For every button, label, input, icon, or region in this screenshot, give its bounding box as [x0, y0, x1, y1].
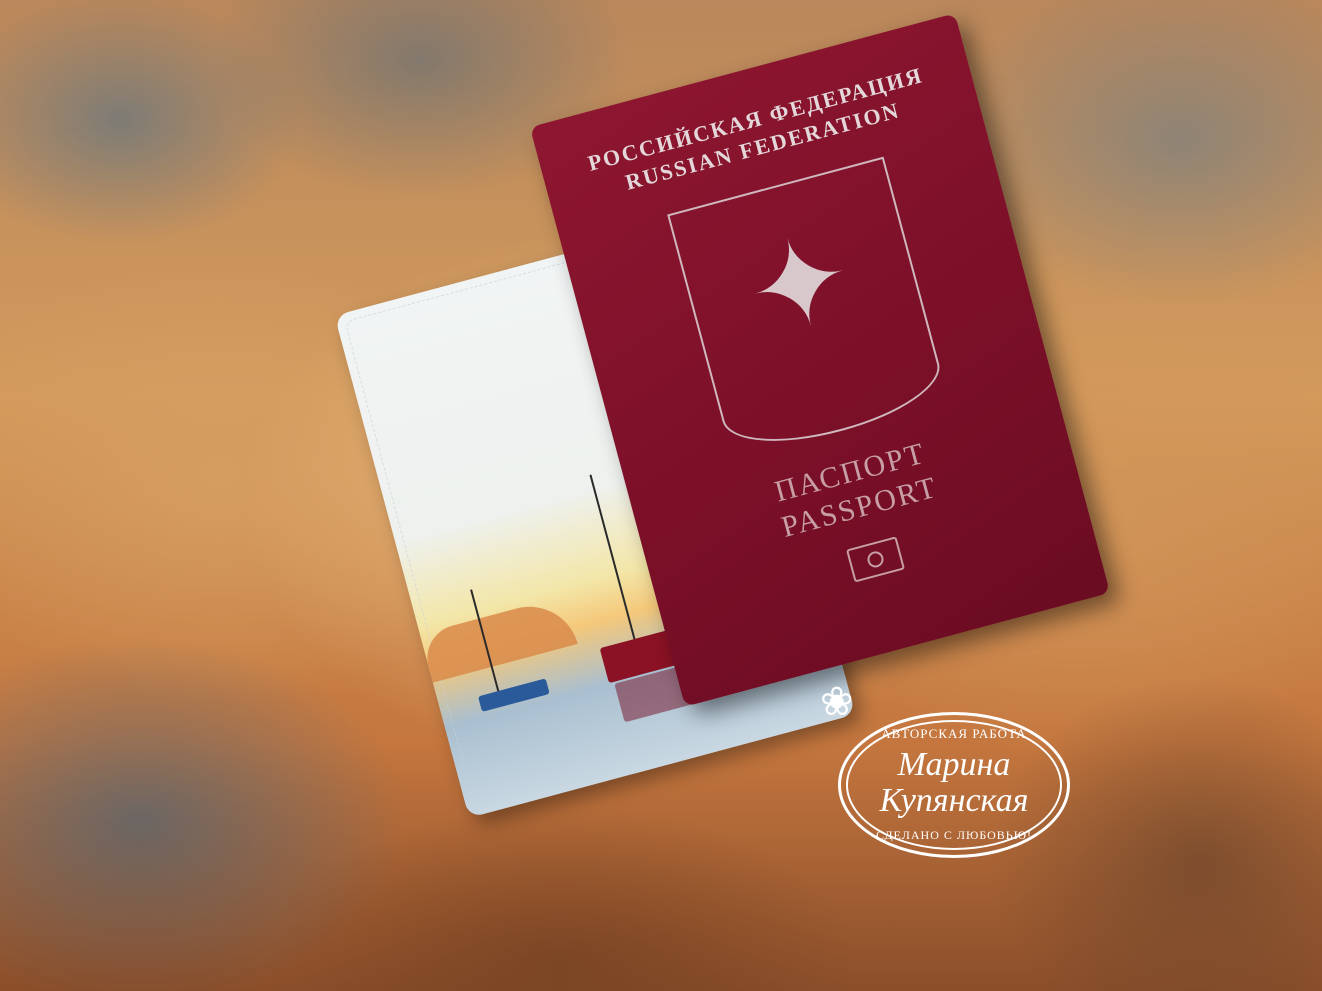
photo-scene: РОССИЙСКАЯ ФЕДЕРАЦИЯ RUSSIAN FEDERATION …: [0, 0, 1322, 991]
painted-hill: [420, 596, 578, 683]
flower-ornament-icon: ❀: [820, 682, 854, 722]
author-watermark: ❀ АВТОРСКАЯ РАБОТА Марина Купянская СДЕЛ…: [838, 712, 1070, 858]
watermark-bottom-text: СДЕЛАНО С ЛЮБОВЬЮ!: [838, 828, 1070, 843]
blue-boat: [478, 678, 550, 712]
watermark-name-last: Купянская: [838, 782, 1070, 820]
watermark-name-first: Марина: [838, 746, 1070, 784]
biometric-chip-icon: [846, 536, 905, 582]
watermark-top-text: АВТОРСКАЯ РАБОТА: [838, 726, 1070, 742]
